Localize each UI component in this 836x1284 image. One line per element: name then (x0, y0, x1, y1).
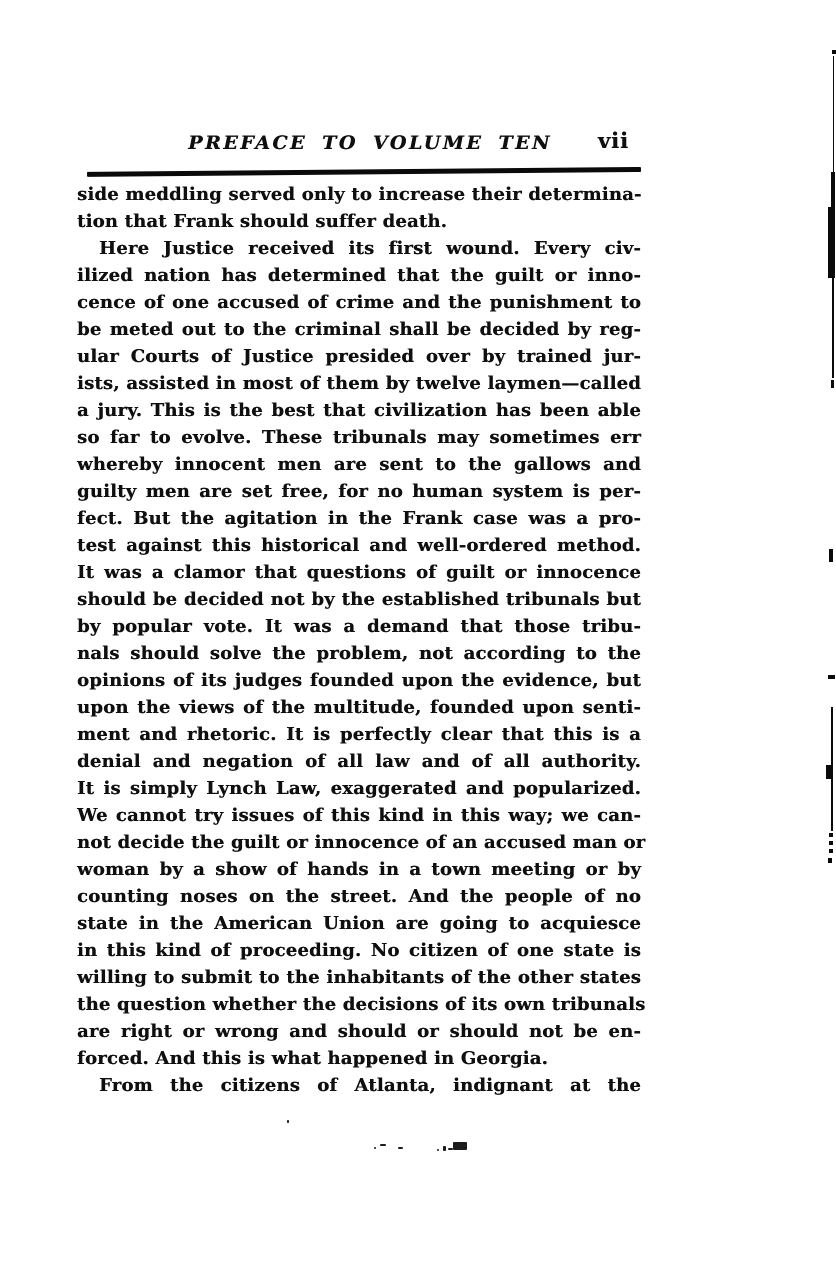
scan-artifact (829, 833, 833, 837)
text-line: denial and negation of all law and of al… (77, 748, 641, 775)
text-line: side meddling served only to increase th… (77, 181, 641, 208)
text-line: Here Justice received its first wound. E… (77, 235, 641, 262)
text-line: guilty men are set free, for no human sy… (77, 478, 641, 505)
text-line: in this kind of proceeding. No citizen o… (77, 937, 641, 964)
text-line: tion that Frank should suffer death. (77, 208, 641, 235)
text-line: by popular vote. It was a demand that th… (77, 613, 641, 640)
text-line: cence of one accused of crime and the pu… (77, 289, 641, 316)
scan-artifact (453, 1142, 467, 1150)
scan-artifact (443, 1146, 446, 1151)
text-line: From the citizens of Atlanta, indignant … (77, 1072, 641, 1099)
body-text: side meddling served only to increase th… (77, 181, 641, 1099)
text-line: nals should solve the problem, not accor… (77, 640, 641, 667)
text-line: test against this historical and well-or… (77, 532, 641, 559)
text-line: It is simply Lynch Law, exaggerated and … (77, 775, 641, 802)
scan-artifact (829, 841, 833, 845)
scan-artifact (832, 50, 836, 54)
scan-artifact (832, 278, 834, 378)
text-line: ilized nation has determined that the gu… (77, 262, 641, 289)
page-number: vii (598, 128, 629, 153)
scan-artifact (829, 549, 833, 562)
text-line: be meted out to the criminal shall be de… (77, 316, 641, 343)
text-line: should be decided not by the established… (77, 586, 641, 613)
text-line: not decide the guilt or innocence of an … (77, 829, 641, 856)
scan-artifact (831, 380, 834, 388)
scan-artifact (398, 1147, 403, 1149)
text-line: upon the views of the multitude, founded… (77, 694, 641, 721)
text-line: opinions of its judges founded upon the … (77, 667, 641, 694)
text-line: ment and rhetoric. It is perfectly clear… (77, 721, 641, 748)
text-line: forced. And this is what happened in Geo… (77, 1045, 641, 1072)
scan-artifact (374, 1147, 376, 1149)
scan-artifact (828, 207, 835, 278)
scan-artifact (831, 172, 835, 208)
text-line: counting noses on the street. And the pe… (77, 883, 641, 910)
book-page: PREFACE TO VOLUME TEN vii side meddling … (0, 0, 836, 1284)
scan-artifact (380, 1144, 386, 1146)
text-line: It was a clamor that questions of guilt … (77, 559, 641, 586)
text-line: woman by a show of hands in a town meeti… (77, 856, 641, 883)
text-line: state in the American Union are going to… (77, 910, 641, 937)
scan-artifact (287, 1120, 289, 1123)
scan-artifact (437, 1149, 439, 1151)
scan-artifact (828, 858, 832, 863)
text-line: We cannot try issues of this kind in thi… (77, 802, 641, 829)
scan-artifact (833, 56, 834, 172)
text-line: the question whether the decisions of it… (77, 991, 641, 1018)
text-line: fect. But the agitation in the Frank cas… (77, 505, 641, 532)
text-line: so far to evolve. These tribunals may so… (77, 424, 641, 451)
scan-artifact (829, 849, 833, 853)
text-line: a jury. This is the best that civilizati… (77, 397, 641, 424)
text-line: willing to submit to the inhabitants of … (77, 964, 641, 991)
running-title: PREFACE TO VOLUME TEN (77, 132, 641, 154)
header-rule (87, 167, 641, 177)
scan-artifact (828, 675, 835, 679)
text-line: ular Courts of Justice presided over by … (77, 343, 641, 370)
text-line: ists, assisted in most of them by twelve… (77, 370, 641, 397)
scan-artifact (826, 765, 832, 779)
text-line: are right or wrong and should or should … (77, 1018, 641, 1045)
page-header: PREFACE TO VOLUME TEN vii (77, 128, 641, 160)
text-line: whereby innocent men are sent to the gal… (77, 451, 641, 478)
